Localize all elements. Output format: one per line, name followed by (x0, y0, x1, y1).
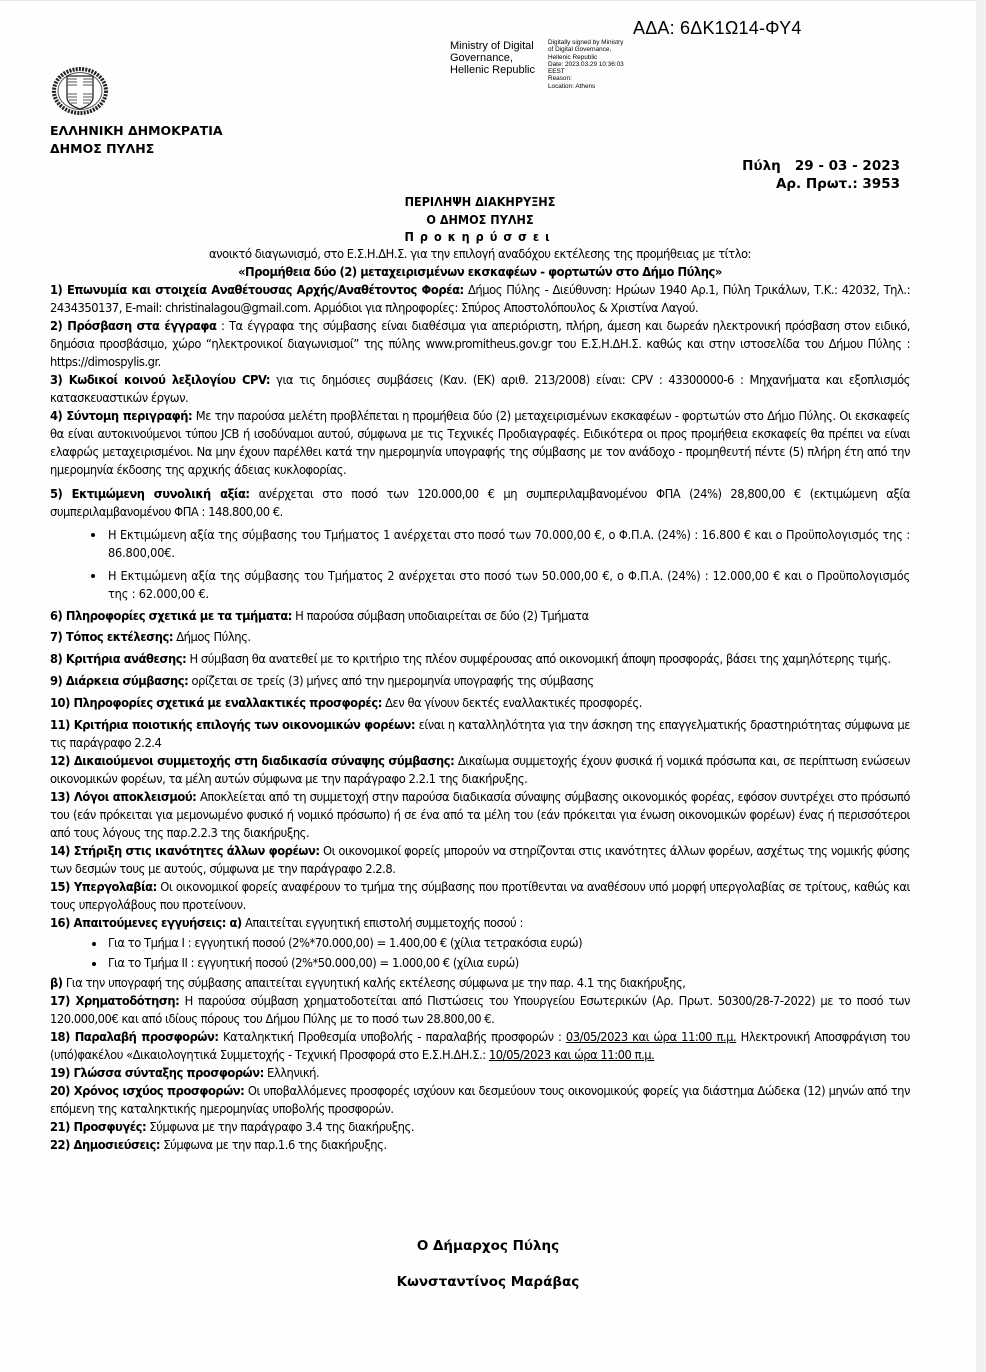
section-22: 22) Δημοσιεύσεις: Σύμφωνα με την παρ.1.6… (50, 1137, 910, 1155)
section-label: 16) Απαιτούμενες εγγυήσεις: α) (50, 916, 242, 931)
section-label: 3) Κωδικοί κοινού λεξιλογίου CPV: (50, 373, 270, 388)
section-text: Καταληκτική Προθεσμία υποβολής - παραλαβ… (223, 1030, 562, 1045)
bullet-item: Για το Τμήμα ΙΙ : εγγυητική ποσού (2%*50… (106, 955, 910, 973)
signature-detail-line: EEST (548, 68, 624, 75)
signature-detail-line: Digitally signed by Ministry (548, 39, 624, 46)
section-label: 20) Χρόνος ισχύος προσφορών: (50, 1084, 244, 1099)
section-18: 18) Παραλαβή προσφορών: Καταληκτική Προθ… (50, 1029, 910, 1065)
signer-line: Hellenic Republic (450, 64, 535, 76)
section-label: 11) Κριτήρια ποιοτικής επιλογής των οικο… (50, 718, 415, 733)
document-page: ΑΔΑ: 6ΔΚ1Ω14-ΦΥ4 Ministry of Digital Gov… (0, 0, 976, 1372)
page-top-border (0, 0, 976, 1)
section-label: 13) Λόγοι αποκλεισμού: (50, 790, 196, 805)
signature-detail-line: Reason: (548, 75, 624, 82)
digital-signature-details: Digitally signed by Ministry of Digital … (548, 39, 624, 90)
section-text: Η παρούσα σύμβαση χρηματοδοτείται από Πι… (50, 994, 910, 1027)
section-label: 15) Υπεργολαβία: (50, 880, 157, 895)
section-label: 8) Κριτήρια ανάθεσης: (50, 652, 186, 667)
submission-deadline: 03/05/2023 και ώρα 11:00 π.μ. (566, 1030, 736, 1045)
doc-proclaims: Προκηρύσσει (50, 228, 910, 246)
place-date-block: Πύλη 29 - 03 - 2023 Αρ. Πρωτ.: 3953 (742, 157, 900, 193)
section-label: 14) Στήριξη στις ικανότητες άλλων φορέων… (50, 844, 320, 859)
digital-signer: Ministry of Digital Governance, Hellenic… (450, 40, 535, 76)
section-14: 14) Στήριξη στις ικανότητες άλλων φορέων… (50, 843, 910, 879)
signature-detail-line: Location: Athens (548, 83, 624, 90)
opening-date: 10/05/2023 και ώρα 11:00 π.μ. (489, 1048, 654, 1063)
section-5: 5) Εκτιμώμενη συνολική αξία: ανέρχεται σ… (50, 486, 910, 522)
section-text: Ελληνική. (267, 1066, 319, 1081)
section-10: 10) Πληροφορίες σχετικά με εναλλακτικές … (50, 695, 910, 713)
section-label: 5) Εκτιμώμενη συνολική αξία: (50, 487, 250, 502)
section-label: 12) Δικαιούμενοι συμμετοχής στη διαδικασ… (50, 754, 454, 769)
bullet-item: Η Εκτιμώμενη αξία της σύμβασης του Τμήμα… (106, 567, 910, 603)
bullet-item: Η Εκτιμώμενη αξία της σύμβασης του Τμήμα… (106, 526, 910, 562)
signature-detail-line: Date: 2023.03.29 10:36:03 (548, 61, 624, 68)
section-text: Οι οικονομικοί φορείς αναφέρουν το τμήμα… (50, 880, 910, 913)
section-label: 17) Χρηματοδότηση: (50, 994, 179, 1009)
section-1: 1) Επωνυμία και στοιχεία Αναθέτουσας Αρχ… (50, 282, 910, 318)
section-text: Η σύμβαση θα ανατεθεί με το κριτήριο της… (189, 652, 890, 667)
section-15: 15) Υπεργολαβία: Οι οικονομικοί φορείς α… (50, 879, 910, 915)
section-text: Απαιτείται εγγυητική επιστολή συμμετοχής… (245, 916, 523, 931)
doc-subtitle: Ο ΔΗΜΟΣ ΠΥΛΗΣ (50, 211, 910, 229)
section-label: 6) Πληροφορίες σχετικά με τα τμήματα: (50, 609, 292, 624)
section-label: 9) Διάρκεια σύμβασης: (50, 674, 188, 689)
section-19: 19) Γλώσσα σύνταξης προσφορών: Ελληνική. (50, 1065, 910, 1083)
section-bullets: Η Εκτιμώμενη αξία της σύμβασης του Τμήμα… (50, 526, 910, 603)
section-label: 18) Παραλαβή προσφορών: (50, 1030, 219, 1045)
issuer-block: ΕΛΛΗΝΙΚΗ ΔΗΜΟΚΡΑΤΙΑ ΔΗΜΟΣ ΠΥΛΗΣ (50, 122, 223, 158)
section-3: 3) Κωδικοί κοινού λεξιλογίου CPV: για τι… (50, 372, 910, 408)
section-bullets: Για το Τμήμα Ι : εγγυητική ποσού (2%*70.… (50, 935, 910, 973)
doc-title: ΠΕΡΙΛΗΨΗ ΔΙΑΚΗΡΥΞΗΣ (50, 193, 910, 211)
issuer-municipality: ΔΗΜΟΣ ΠΥΛΗΣ (50, 140, 223, 158)
section-11: 11) Κριτήρια ποιοτικής επιλογής των οικο… (50, 717, 910, 753)
section-12: 12) Δικαιούμενοι συμμετοχής στη διαδικασ… (50, 753, 910, 789)
section-label: 1) Επωνυμία και στοιχεία Αναθέτουσας Αρχ… (50, 283, 464, 298)
signature-detail-line: Hellenic Republic (548, 54, 624, 61)
section-text: Σύμφωνα με την παράγραφο 3.4 της διακήρυ… (149, 1120, 414, 1135)
section-label: 7) Τόπος εκτέλεσης: (50, 630, 173, 645)
section-17: 17) Χρηματοδότηση: Η παρούσα σύμβαση χρη… (50, 993, 910, 1029)
section-7: 7) Τόπος εκτέλεσης: Δήμος Πύλης. (50, 629, 910, 647)
greek-coat-of-arms-icon (52, 67, 108, 115)
section-6: 6) Πληροφορίες σχετικά με τα τμήματα: Η … (50, 608, 910, 626)
section-21: 21) Προσφυγές: Σύμφωνα με την παράγραφο … (50, 1119, 910, 1137)
signer-line: Ministry of Digital (450, 40, 535, 52)
section-label: 22) Δημοσιεύσεις: (50, 1138, 160, 1153)
section-16-b: β) Για την υπογραφή της σύμβασης απαιτεί… (50, 975, 910, 993)
section-label: 19) Γλώσσα σύνταξης προσφορών: (50, 1066, 264, 1081)
section-2: 2) Πρόσβαση στα έγγραφα : Τα έγγραφα της… (50, 318, 910, 372)
signatory-name: Κωνσταντίνος Μαράβας (0, 1274, 976, 1290)
section-text: ορίζεται σε τρείς (3) μήνες από την ημερ… (192, 674, 594, 689)
signer-line: Governance, (450, 52, 535, 64)
section-text: Η παρούσα σύμβαση υποδιαιρείται σε δύο (… (295, 609, 589, 624)
signature-detail-line: of Digital Governance, (548, 46, 624, 53)
doc-intro: ανοικτό διαγωνισμό, στο Ε.Σ.Η.ΔΗ.Σ. για … (50, 246, 910, 264)
ada-code: ΑΔΑ: 6ΔΚ1Ω14-ΦΥ4 (633, 18, 802, 39)
section-sublabel: β) (50, 976, 63, 991)
section-13: 13) Λόγοι αποκλεισμού: Αποκλείεται από τ… (50, 789, 910, 843)
section-20: 20) Χρόνος ισχύος προσφορών: Οι υποβαλλό… (50, 1083, 910, 1119)
section-4: 4) Σύντομη περιγραφή: Με την παρούσα μελ… (50, 408, 910, 480)
section-subtext: Για την υπογραφή της σύμβασης απαιτείται… (66, 976, 686, 991)
section-8: 8) Κριτήρια ανάθεσης: Η σύμβαση θα ανατε… (50, 651, 910, 669)
section-text: Δεν θα γίνουν δεκτές εναλλακτικές προσφο… (385, 696, 642, 711)
section-text: Σύμφωνα με την παρ.1.6 της διακήρυξης. (163, 1138, 386, 1153)
section-label: 21) Προσφυγές: (50, 1120, 146, 1135)
doc-subject: «Προμήθεια δύο (2) μεταχειρισμένων εκσκα… (50, 264, 910, 282)
issuer-country: ΕΛΛΗΝΙΚΗ ΔΗΜΟΚΡΑΤΙΑ (50, 122, 223, 140)
section-label: 4) Σύντομη περιγραφή: (50, 409, 192, 424)
sections-list: 1) Επωνυμία και στοιχεία Αναθέτουσας Αρχ… (50, 282, 910, 1155)
section-text: Δήμος Πύλης. (176, 630, 250, 645)
section-label: 2) Πρόσβαση στα έγγραφα (50, 319, 216, 334)
signatory-role: Ο Δήμαρχος Πύλης (0, 1238, 976, 1254)
section-16: 16) Απαιτούμενες εγγυήσεις: α) Απαιτείτα… (50, 915, 910, 933)
document-body: ΠΕΡΙΛΗΨΗ ΔΙΑΚΗΡΥΞΗΣ Ο ΔΗΜΟΣ ΠΥΛΗΣ Προκηρ… (50, 190, 910, 1155)
section-label: 10) Πληροφορίες σχετικά με εναλλακτικές … (50, 696, 382, 711)
place-date: Πύλη 29 - 03 - 2023 (742, 157, 900, 175)
bullet-item: Για το Τμήμα Ι : εγγυητική ποσού (2%*70.… (106, 935, 910, 953)
section-9: 9) Διάρκεια σύμβασης: ορίζεται σε τρείς … (50, 673, 910, 691)
